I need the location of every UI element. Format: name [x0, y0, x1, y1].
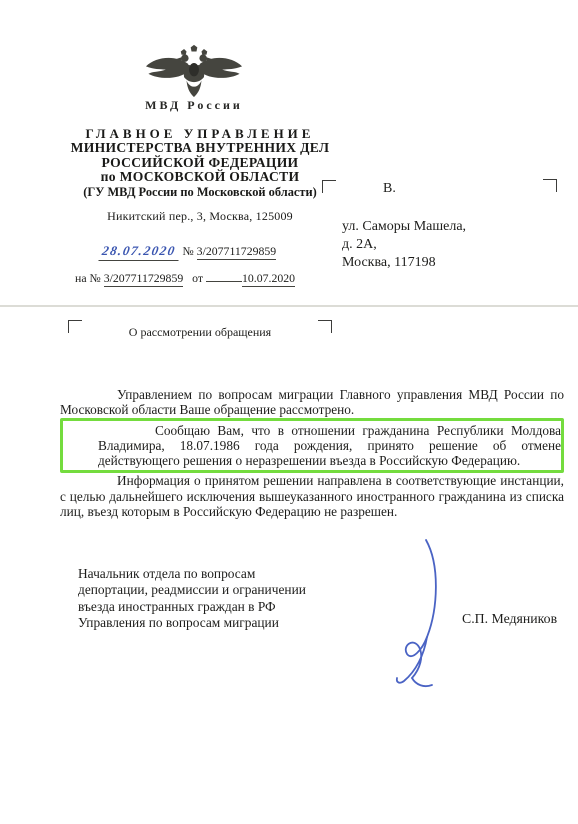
- signatory-position-line: депортации, реадмиссии и ограничении: [78, 582, 338, 598]
- body-paragraph-1: Управлением по вопросам миграции Главног…: [60, 387, 564, 418]
- org-postal-address: Никитский пер., 3, Москва, 125009: [50, 209, 350, 224]
- outgoing-ref-line: 28.07.2020 № 3/207711729859: [100, 243, 360, 261]
- org-line-2: МИНИСТЕРСТВА ВНУТРЕННИХ ДЕЛ: [50, 141, 350, 156]
- org-line-1: ГЛАВНОЕ УПРАВЛЕНИЕ: [50, 126, 350, 141]
- org-line-3: РОССИЙСКОЙ ФЕДЕРАЦИИ: [50, 156, 350, 171]
- org-line-5: (ГУ МВД России по Московской области): [50, 185, 350, 200]
- letterhead-org-block: ГЛАВНОЕ УПРАВЛЕНИЕ МИНИСТЕРСТВА ВНУТРЕНН…: [50, 126, 350, 224]
- handwritten-date: 28.07.2020: [98, 243, 181, 261]
- org-line-4: по МОСКОВСКОЙ ОБЛАСТИ: [50, 170, 350, 185]
- recipient-address-line: ул. Саморы Машела,: [342, 218, 552, 236]
- recipient-name-initial: В.: [383, 181, 396, 197]
- from-label: от: [192, 271, 203, 285]
- letter-document: МВД России ГЛАВНОЕ УПРАВЛЕНИЕ МИНИСТЕРСТ…: [0, 0, 578, 824]
- signatory-position-line: Начальник отдела по вопросам: [78, 566, 338, 582]
- reply-prefix: на №: [75, 271, 101, 285]
- mvd-caption: МВД России: [116, 98, 272, 113]
- recipient-address: ул. Саморы Машела, д. 2А, Москва, 117198: [342, 218, 552, 272]
- scan-fold-line: [0, 305, 578, 307]
- mvd-eagle-emblem-icon: [136, 44, 252, 102]
- subject-line: О рассмотрении обращения: [100, 325, 300, 340]
- recipient-address-line: д. 2А,: [342, 236, 552, 254]
- signatory-name: С.П. Медяников: [462, 611, 557, 627]
- signatory-position-line: Управления по вопросам миграции: [78, 615, 338, 631]
- incoming-ref-line: на № 3/207711729859 от 10.07.2020: [75, 271, 335, 286]
- incoming-date: 10.07.2020: [242, 271, 295, 287]
- body-paragraph-2-highlighted: Сообщаю Вам, что в отношении гражданина …: [60, 418, 564, 474]
- signatory-position: Начальник отдела по вопросам депортации,…: [78, 566, 338, 631]
- recipient-corner-left: [322, 180, 336, 193]
- subject-corner-right: [318, 320, 332, 333]
- body-paragraph-3: Информация о принятом решении направлена…: [60, 473, 564, 519]
- recipient-address-line: Москва, 117198: [342, 254, 552, 272]
- incoming-number: 3/207711729859: [104, 271, 184, 287]
- handwritten-signature: [386, 537, 460, 698]
- signatory-position-line: въезда иностранных граждан в РФ: [78, 599, 338, 615]
- underline-gap: [206, 280, 242, 282]
- recipient-corner-right: [543, 179, 557, 192]
- outgoing-number: 3/207711729859: [197, 244, 277, 260]
- letter-body: Управлением по вопросам миграции Главног…: [60, 387, 564, 519]
- number-sign: №: [182, 244, 193, 258]
- subject-corner-left: [68, 320, 82, 333]
